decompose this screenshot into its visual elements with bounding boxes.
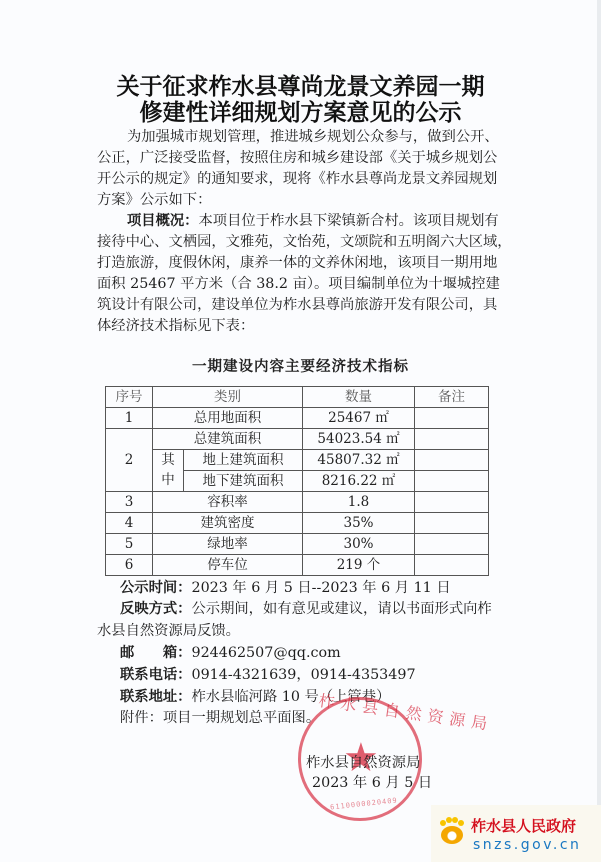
cell-seq: 1	[106, 408, 153, 429]
header-quantity: 数量	[303, 387, 415, 408]
table-row: 5 绿地率 30%	[106, 534, 489, 555]
cell-qty: 45807.32 ㎡	[303, 450, 415, 471]
cell-seq: 6	[106, 555, 153, 576]
cell-qty: 35%	[303, 513, 415, 534]
attachment-note: 附件：项目一期规划总平面图。	[120, 708, 320, 729]
feedback-label: 反映方式：	[120, 601, 191, 617]
table-header-row: 序号 类别 数量 备注	[106, 387, 489, 408]
document-page: 关于征求柞水县尊尚龙景文养园一期 修建性详细规划方案意见的公示 为加强城市规划管…	[0, 0, 601, 862]
cell-sub-label-top: 其	[153, 450, 184, 471]
site-watermark: 柞水县人民政府 snzs.gov.cn	[431, 805, 601, 862]
watermark-url: snzs.gov.cn	[473, 837, 581, 853]
period-label: 公示时间：	[120, 580, 191, 596]
feedback-value-cont: 水县自然资源局反馈。	[97, 621, 240, 642]
table-row: 中 地下建筑面积 8216.22 ㎡	[106, 471, 489, 492]
table-caption: 一期建设内容主要经济技术指标	[0, 355, 601, 376]
cell-seq: 2	[106, 429, 153, 492]
table-row: 3 容积率 1.8	[106, 492, 489, 513]
overview-line: 打造旅游，度假休闲，康养一体的文养休闲地，该项目一期用地	[97, 253, 517, 274]
signature-org: 柞水县自然资源局	[306, 752, 420, 772]
watermark-name: 柞水县人民政府	[471, 815, 576, 836]
cell-sub-label-bottom: 中	[153, 471, 184, 492]
table-row: 6 停车位 219 个	[106, 555, 489, 576]
notice-period: 公示时间：2023 年 6 月 5 日--2023 年 6 月 11 日	[120, 578, 451, 599]
header-note: 备注	[415, 387, 489, 408]
intro-line: 为加强城市规划管理，推进城乡规划公众参与，做到公开、	[97, 127, 517, 148]
feedback-method: 反映方式：公示期间，如有意见或建议，请以书面形式向柞	[120, 599, 492, 620]
document-title-line2: 修建性详细规划方案意见的公示	[0, 94, 601, 127]
header-seq: 序号	[106, 387, 153, 408]
page-edge	[597, 0, 601, 862]
table-row: 4 建筑密度 35%	[106, 513, 489, 534]
cell-qty: 25467 ㎡	[303, 408, 415, 429]
cell-name: 地下建筑面积	[184, 471, 303, 492]
cell-note	[415, 492, 489, 513]
address-label: 联系地址：	[120, 689, 191, 705]
contact-email: 邮 箱：924462507@qq.com	[120, 643, 341, 664]
cell-note	[415, 471, 489, 492]
intro-paragraph: 为加强城市规划管理，推进城乡规划公众参与，做到公开、 公正，广泛接受监督，按照住…	[97, 127, 517, 211]
cell-qty: 30%	[303, 534, 415, 555]
overview-label: 项目概况：	[127, 213, 198, 229]
email-value: 924462507@qq.com	[191, 645, 340, 661]
cell-name: 建筑密度	[153, 513, 303, 534]
cell-name: 总建筑面积	[153, 429, 303, 450]
intro-line: 公正，广泛接受监督，按照住房和城乡建设部《关于城乡规划公	[97, 148, 517, 169]
cell-name: 绿地率	[153, 534, 303, 555]
cell-note	[415, 555, 489, 576]
cell-name: 容积率	[153, 492, 303, 513]
cell-qty: 8216.22 ㎡	[303, 471, 415, 492]
cell-note	[415, 429, 489, 450]
cell-qty: 1.8	[303, 492, 415, 513]
paw-logo-icon	[439, 817, 465, 845]
contact-phone: 联系电话：0914-4321639，0914-4353497	[120, 665, 416, 686]
cell-name: 停车位	[153, 555, 303, 576]
cell-note	[415, 450, 489, 471]
table-row: 2 总建筑面积 54023.54 ㎡	[106, 429, 489, 450]
overview-line: 面积 25467 平方米（合 38.2 亩）。项目编制单位为十堰城控建	[97, 274, 517, 295]
overview-line: 项目概况：本项目位于柞水县下梁镇新合村。该项目规划有	[97, 211, 517, 232]
cell-seq: 3	[106, 492, 153, 513]
phone-label: 联系电话：	[120, 667, 191, 683]
phone-value: 0914-4321639，0914-4353497	[191, 667, 415, 683]
intro-line: 方案》公示如下：	[97, 190, 517, 211]
cell-seq: 4	[106, 513, 153, 534]
period-value: 2023 年 6 月 5 日--2023 年 6 月 11 日	[191, 580, 450, 596]
overview-paragraph: 项目概况：本项目位于柞水县下梁镇新合村。该项目规划有 接待中心、文栖园，文雅苑，…	[97, 211, 517, 337]
table-row: 其 地上建筑面积 45807.32 ㎡	[106, 450, 489, 471]
header-category: 类别	[153, 387, 303, 408]
intro-line: 开公示的规定》的通知要求，现将《柞水县尊尚龙景文养园规划	[97, 169, 517, 190]
feedback-value: 公示期间，如有意见或建议，请以书面形式向柞	[191, 601, 491, 617]
email-label: 邮 箱：	[120, 645, 191, 661]
cell-qty: 54023.54 ㎡	[303, 429, 415, 450]
cell-seq: 5	[106, 534, 153, 555]
cell-note	[415, 513, 489, 534]
cell-qty: 219 个	[303, 555, 415, 576]
cell-name: 总用地面积	[153, 408, 303, 429]
cell-note	[415, 534, 489, 555]
indicators-table: 序号 类别 数量 备注 1 总用地面积 25467 ㎡ 2 总建筑面积 5402…	[105, 386, 489, 576]
overview-line: 接待中心、文栖园，文雅苑，文怡苑，文颂院和五明阁六大区域，	[97, 232, 517, 253]
overview-line: 筑设计有限公司，建设单位为柞水县尊尚旅游开发有限公司，具	[97, 295, 517, 316]
overview-line: 体经济技术指标见下表：	[97, 316, 517, 337]
cell-note	[415, 408, 489, 429]
cell-name: 地上建筑面积	[184, 450, 303, 471]
table-row: 1 总用地面积 25467 ㎡	[106, 408, 489, 429]
signature-date: 2023 年 6 月 5 日	[312, 772, 432, 792]
